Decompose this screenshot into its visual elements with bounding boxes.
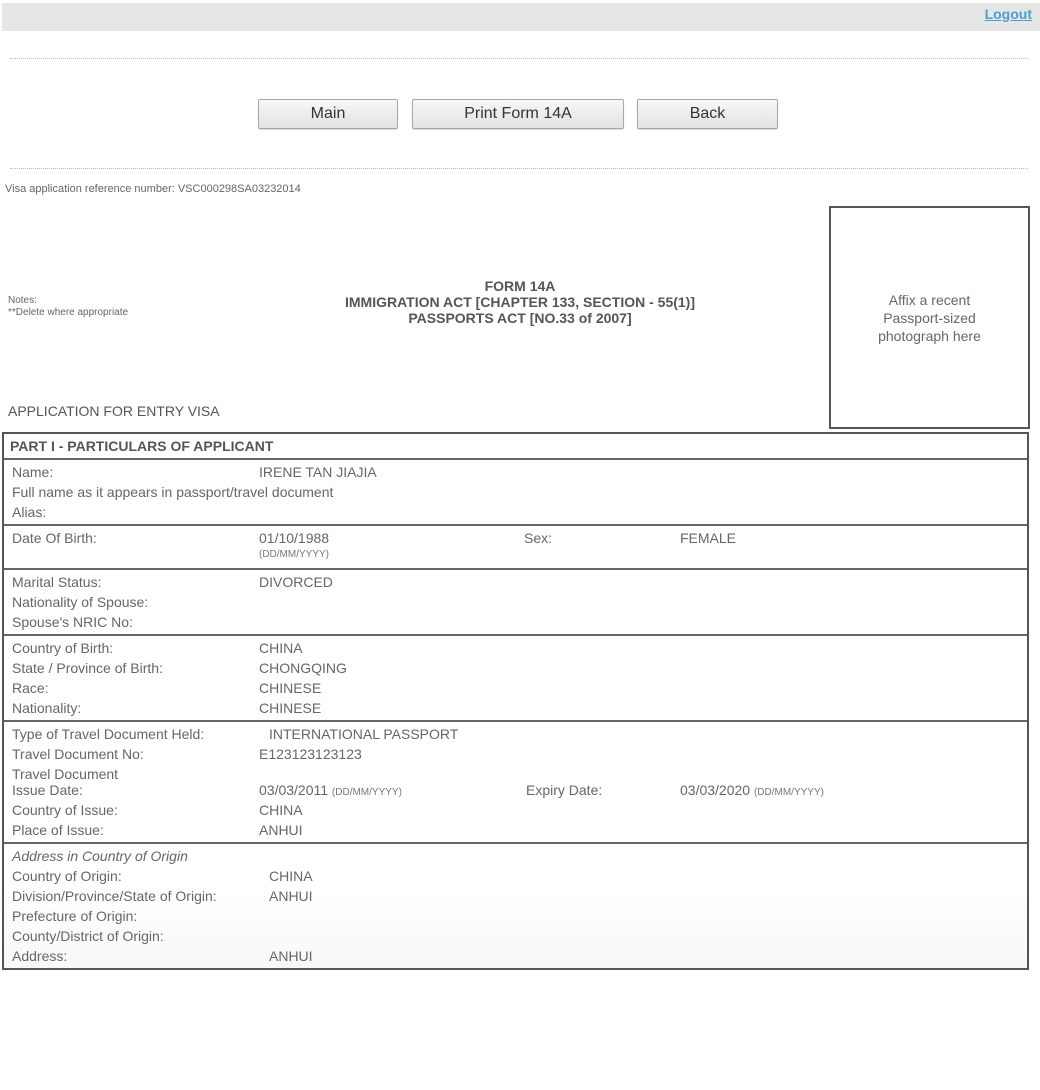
marital-row: Marital Status: DIVORCED	[4, 572, 1027, 592]
spouse-nric-label: Spouse's NRIC No:	[12, 612, 133, 632]
country-of-origin-row: Country of Origin: CHINA	[4, 866, 1027, 886]
country-of-origin-label: Country of Origin:	[12, 866, 122, 886]
place-of-issue-row: Place of Issue: ANHUI	[4, 820, 1027, 840]
address-label: Address:	[12, 946, 67, 966]
birth-section: Date Of Birth: 01/10/1988 (DD/MM/YYYY) S…	[4, 524, 1027, 568]
application-title: APPLICATION FOR ENTRY VISA	[8, 403, 220, 419]
dob-label: Date Of Birth:	[12, 528, 97, 548]
prefecture-of-origin-row: Prefecture of Origin:	[4, 906, 1027, 926]
action-toolbar: Main Print Form 14A Back	[0, 99, 1040, 129]
issue-date-format: (DD/MM/YYYY)	[332, 787, 402, 798]
origin-section: Country of Birth: CHINA State / Province…	[4, 634, 1027, 720]
photo-line2: Passport-sized	[878, 309, 981, 327]
country-of-issue-label: Country of Issue:	[12, 800, 118, 820]
nationality-label: Nationality:	[12, 698, 81, 718]
nationality-value: CHINESE	[259, 698, 321, 718]
spouse-nationality-row: Nationality of Spouse:	[4, 592, 1027, 612]
part-heading: PART I - PARTICULARS OF APPLICANT	[4, 436, 1027, 456]
issue-date-label: Travel Document Issue Date:	[12, 766, 118, 798]
divider-bottom	[10, 168, 1028, 169]
nationality-row: Nationality: CHINESE	[4, 698, 1027, 718]
country-of-origin-value: CHINA	[269, 866, 313, 886]
notes-line: **Delete where appropriate	[8, 307, 128, 319]
document-type-label: Type of Travel Document Held:	[12, 724, 204, 744]
race-value: CHINESE	[259, 678, 321, 698]
photo-placeholder: Affix a recent Passport-sized photograph…	[829, 206, 1030, 429]
dob-format: (DD/MM/YYYY)	[259, 545, 329, 565]
province-of-birth-row: State / Province of Birth: CHONGQING	[4, 658, 1027, 678]
address-section: Address in Country of Origin Country of …	[4, 842, 1027, 968]
particulars-table: PART I - PARTICULARS OF APPLICANT Name: …	[2, 432, 1029, 970]
notes: Notes: **Delete where appropriate	[8, 295, 128, 319]
notes-title: Notes:	[8, 295, 128, 307]
divider-top	[10, 58, 1028, 59]
expiry-date-format: (DD/MM/YYYY)	[754, 787, 824, 798]
document-number-row: Travel Document No: E123123123123	[4, 744, 1027, 764]
country-of-issue-value: CHINA	[259, 800, 303, 820]
alias-row: Alias:	[4, 502, 1027, 522]
marital-label: Marital Status:	[12, 572, 101, 592]
form-title-line3: PASSPORTS ACT [NO.33 of 2007]	[250, 310, 790, 326]
travel-document-section: Type of Travel Document Held: INTERNATIO…	[4, 720, 1027, 842]
print-form-button[interactable]: Print Form 14A	[412, 99, 624, 129]
spouse-nric-row: Spouse's NRIC No:	[4, 612, 1027, 632]
expiry-date-label: Expiry Date:	[526, 780, 602, 800]
name-value: IRENE TAN JIAJIA	[259, 462, 377, 482]
marital-value: DIVORCED	[259, 572, 333, 592]
country-of-birth-value: CHINA	[259, 638, 303, 658]
main-button[interactable]: Main	[258, 99, 398, 129]
marital-section: Marital Status: DIVORCED Nationality of …	[4, 568, 1027, 634]
fullname-note: Full name as it appears in passport/trav…	[12, 482, 333, 502]
country-of-birth-row: Country of Birth: CHINA	[4, 638, 1027, 658]
address-row: Address: ANHUI	[4, 946, 1027, 966]
sex-label: Sex:	[524, 528, 552, 548]
race-label: Race:	[12, 678, 49, 698]
document-number-label: Travel Document No:	[12, 744, 144, 764]
prefecture-of-origin-label: Prefecture of Origin:	[12, 906, 137, 926]
division-of-origin-label: Division/Province/State of Origin:	[12, 886, 217, 906]
form-title-line2: IMMIGRATION ACT [CHAPTER 133, SECTION - …	[250, 294, 790, 310]
document-type-row: Type of Travel Document Held: INTERNATIO…	[4, 724, 1027, 744]
address-heading: Address in Country of Origin	[12, 846, 188, 866]
form-title: FORM 14A IMMIGRATION ACT [CHAPTER 133, S…	[250, 278, 790, 326]
province-of-birth-label: State / Province of Birth:	[12, 658, 163, 678]
name-label: Name:	[12, 462, 53, 482]
country-of-issue-row: Country of Issue: CHINA	[4, 800, 1027, 820]
part-heading-section: PART I - PARTICULARS OF APPLICANT	[4, 434, 1027, 458]
sex-value: FEMALE	[680, 528, 736, 548]
name-section: Name: IRENE TAN JIAJIA Full name as it a…	[4, 458, 1027, 524]
place-of-issue-label: Place of Issue:	[12, 820, 104, 840]
issue-date-row: Travel Document Issue Date: 03/03/2011 (…	[4, 764, 1027, 800]
race-row: Race: CHINESE	[4, 678, 1027, 698]
document-type-value: INTERNATIONAL PASSPORT	[269, 724, 458, 744]
reference-number: Visa application reference number: VSC00…	[5, 183, 301, 195]
photo-line3: photograph here	[878, 327, 981, 345]
division-of-origin-row: Division/Province/State of Origin: ANHUI	[4, 886, 1027, 906]
name-row: Name: IRENE TAN JIAJIA	[4, 462, 1027, 482]
province-of-birth-value: CHONGQING	[259, 658, 347, 678]
county-of-origin-row: County/District of Origin:	[4, 926, 1027, 946]
form-title-line1: FORM 14A	[250, 278, 790, 294]
county-of-origin-label: County/District of Origin:	[12, 926, 164, 946]
alias-label: Alias:	[12, 502, 46, 522]
document-number-value: E123123123123	[259, 744, 362, 764]
address-heading-row: Address in Country of Origin	[4, 846, 1027, 866]
photo-line1: Affix a recent	[878, 291, 981, 309]
fullname-note-row: Full name as it appears in passport/trav…	[4, 482, 1027, 502]
address-value: ANHUI	[269, 946, 313, 966]
back-button[interactable]: Back	[637, 99, 778, 129]
country-of-birth-label: Country of Birth:	[12, 638, 113, 658]
logout-link[interactable]: Logout	[985, 6, 1032, 22]
spouse-nationality-label: Nationality of Spouse:	[12, 592, 148, 612]
top-bar: Logout	[2, 3, 1040, 31]
dob-row: Date Of Birth: 01/10/1988 (DD/MM/YYYY) S…	[4, 528, 1027, 566]
place-of-issue-value: ANHUI	[259, 820, 303, 840]
division-of-origin-value: ANHUI	[269, 886, 313, 906]
